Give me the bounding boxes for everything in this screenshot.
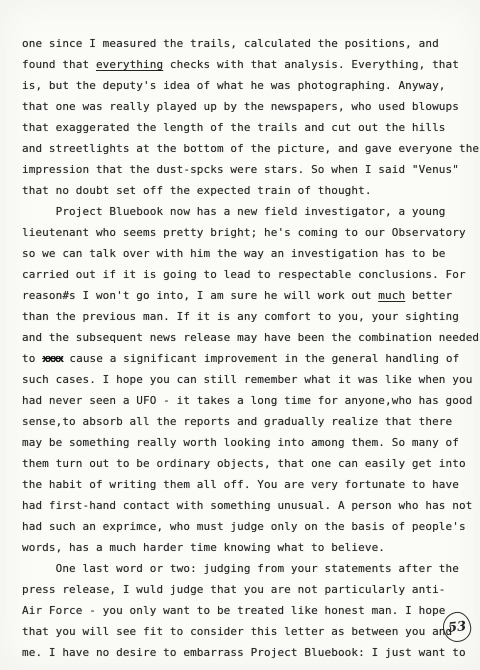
text-run: reason#s I won't go into, I am sure he w… bbox=[22, 289, 378, 302]
text-run: checks with that analysis. Everything, t… bbox=[163, 58, 459, 71]
text-line: so we can talk over with him the way an … bbox=[22, 243, 474, 264]
text-run: them turn out to be ordinary objects, th… bbox=[22, 457, 466, 470]
text-line: Project Bluebook now has a new field inv… bbox=[22, 201, 474, 222]
text-line: that no doubt set off the expected train… bbox=[22, 180, 474, 201]
text-line: to xxxx cause a significant improvement … bbox=[22, 348, 474, 369]
text-run: carried out if it is going to lead to re… bbox=[22, 268, 466, 281]
text-run: so we can talk over with him the way an … bbox=[22, 247, 446, 260]
struck-out-text: xxxx bbox=[42, 352, 63, 365]
text-run: had first-hand contact with something un… bbox=[22, 499, 472, 512]
text-line: one since I measured the trails, calcula… bbox=[22, 33, 474, 54]
text-run: had never seen a UFO - it takes a long t… bbox=[22, 394, 472, 407]
text-run: is, but the deputy's idea of what he was… bbox=[22, 79, 446, 92]
text-run: lieutenant who seems pretty bright; he's… bbox=[22, 226, 466, 239]
underlined-text: much bbox=[378, 289, 405, 302]
text-line: reason#s I won't go into, I am sure he w… bbox=[22, 285, 474, 306]
text-run: better bbox=[405, 289, 452, 302]
text-run: to bbox=[22, 352, 42, 365]
text-line: me. I have no desire to embarrass Projec… bbox=[22, 642, 474, 663]
text-line: that one was really played up by the new… bbox=[22, 96, 474, 117]
text-run: cause a significant improvement in the g… bbox=[63, 352, 460, 365]
text-run: Project Bluebook now has a new field inv… bbox=[22, 205, 446, 218]
text-line: sense,to absorb all the reports and grad… bbox=[22, 411, 474, 432]
text-line: the habit of writing them all off. You a… bbox=[22, 474, 474, 495]
text-line: that you will see fit to consider this l… bbox=[22, 621, 474, 642]
page-number: 53 bbox=[447, 616, 467, 639]
text-run: that exaggerated the length of the trail… bbox=[22, 121, 446, 134]
text-line: words, has a much harder time knowing wh… bbox=[22, 537, 474, 558]
text-run: me. I have no desire to embarrass Projec… bbox=[22, 646, 466, 659]
text-line: found that everything checks with that a… bbox=[22, 54, 474, 75]
text-line: and the subsequent news release may have… bbox=[22, 327, 474, 348]
text-line: had such an exprimce, who must judge onl… bbox=[22, 516, 474, 537]
text-line: than the previous man. If it is any comf… bbox=[22, 306, 474, 327]
text-line: press release, I wuld judge that you are… bbox=[22, 579, 474, 600]
text-line: is, but the deputy's idea of what he was… bbox=[22, 75, 474, 96]
text-line: One last word or two: judging from your … bbox=[22, 558, 474, 579]
text-run: one since I measured the trails, calcula… bbox=[22, 37, 439, 50]
text-run: words, has a much harder time knowing wh… bbox=[22, 541, 385, 554]
text-run: impression that the dust-spcks were star… bbox=[22, 163, 459, 176]
text-line: carried out if it is going to lead to re… bbox=[22, 264, 474, 285]
text-run: sense,to absorb all the reports and grad… bbox=[22, 415, 452, 428]
text-line: them turn out to be ordinary objects, th… bbox=[22, 453, 474, 474]
text-run: Air Force - you only want to be treated … bbox=[22, 604, 446, 617]
text-line: that exaggerated the length of the trail… bbox=[22, 117, 474, 138]
text-line: may be something really worth looking in… bbox=[22, 432, 474, 453]
text-run: that no doubt set off the expected train… bbox=[22, 184, 372, 197]
text-run: found that bbox=[22, 58, 96, 71]
text-line: Air Force - you only want to be treated … bbox=[22, 600, 474, 621]
text-run: and the subsequent news release may have… bbox=[22, 331, 479, 344]
text-run: the habit of writing them all off. You a… bbox=[22, 478, 459, 491]
text-run: press release, I wuld judge that you are… bbox=[22, 583, 446, 596]
text-run: than the previous man. If it is any comf… bbox=[22, 310, 459, 323]
text-run: may be something really worth looking in… bbox=[22, 436, 459, 449]
text-line: such cases. I hope you can still remembe… bbox=[22, 369, 474, 390]
letter-body: one since I measured the trails, calcula… bbox=[22, 33, 474, 663]
letter-page: one since I measured the trails, calcula… bbox=[0, 0, 480, 670]
underlined-text: everything bbox=[96, 58, 163, 71]
text-line: had never seen a UFO - it takes a long t… bbox=[22, 390, 474, 411]
text-run: that you will see fit to consider this l… bbox=[22, 625, 452, 638]
text-line: impression that the dust-spcks were star… bbox=[22, 159, 474, 180]
text-line: and streetlights at the bottom of the pi… bbox=[22, 138, 474, 159]
text-run: such cases. I hope you can still remembe… bbox=[22, 373, 472, 386]
text-run: had such an exprimce, who must judge onl… bbox=[22, 520, 466, 533]
text-run: and streetlights at the bottom of the pi… bbox=[22, 142, 479, 155]
text-line: lieutenant who seems pretty bright; he's… bbox=[22, 222, 474, 243]
text-line: had first-hand contact with something un… bbox=[22, 495, 474, 516]
text-run: One last word or two: judging from your … bbox=[22, 562, 459, 575]
text-run: that one was really played up by the new… bbox=[22, 100, 459, 113]
